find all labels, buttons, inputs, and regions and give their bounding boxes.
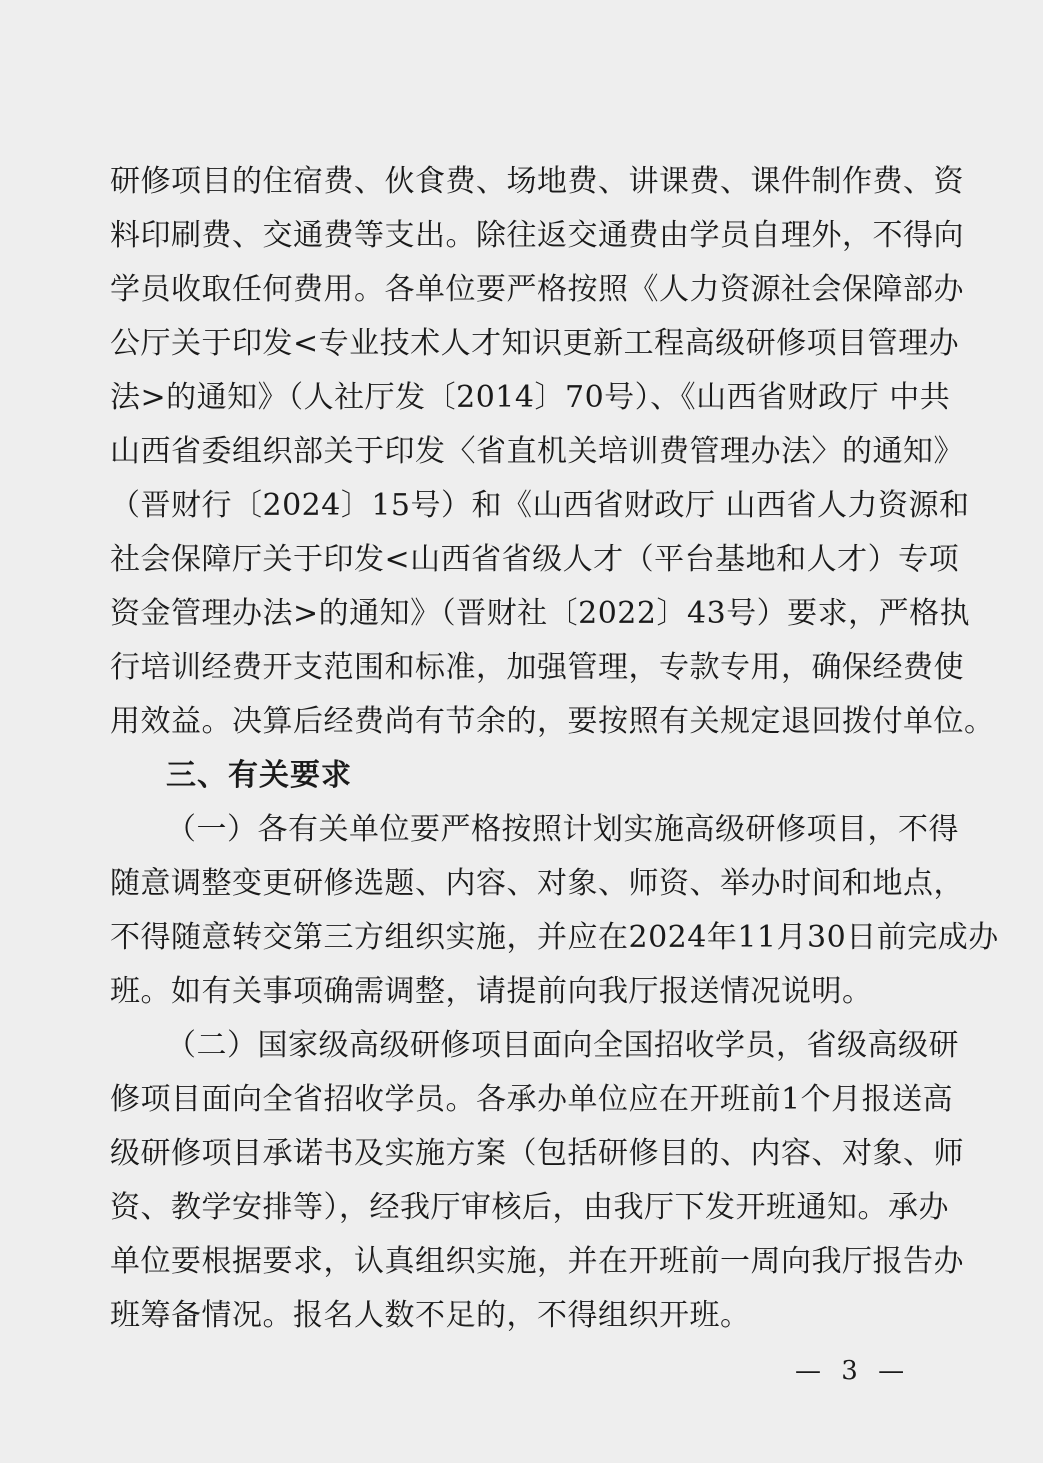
paragraph-line: （晋财行〔2024〕15号）和《山西省财政厅 山西省人力资源和: [110, 486, 918, 526]
paragraph-line: 班筹备情况。报名人数不足的，不得组织开班。: [110, 1296, 918, 1336]
paragraph-line: 山西省委组织部关于印发〈省直机关培训费管理办法〉的通知》: [110, 432, 918, 472]
paragraph-line: 用效益。决算后经费尚有节余的，要按照有关规定退回拨付单位。: [110, 702, 918, 742]
paragraph-line: 不得随意转交第三方组织实施，并应在2024年11月30日前完成办: [110, 918, 918, 958]
paragraph-line: 资、教学安排等），经我厅审核后，由我厅下发开班通知。承办: [110, 1188, 918, 1228]
paragraph-line: 社会保障厅关于印发<山西省省级人才（平台基地和人才）专项: [110, 540, 918, 580]
paragraph-line: 级研修项目承诺书及实施方案（包括研修目的、内容、对象、师: [110, 1134, 918, 1174]
paragraph-line: 行培训经费开支范围和标准，加强管理，专款专用，确保经费使: [110, 648, 918, 688]
page-number: — 3 —: [795, 1356, 910, 1386]
document-page: 研修项目的住宿费、伙食费、场地费、讲课费、课件制作费、资 料印刷费、交通费等支出…: [0, 0, 1043, 1463]
paragraph-line: 学员收取任何费用。各单位要严格按照《人力资源社会保障部办: [110, 270, 918, 310]
paragraph-line: 班。如有关事项确需调整，请提前向我厅报送情况说明。: [110, 972, 918, 1012]
paragraph-line: 修项目面向全省招收学员。各承办单位应在开班前1个月报送高: [110, 1080, 918, 1120]
paragraph-line: 料印刷费、交通费等支出。除往返交通费由学员自理外，不得向: [110, 216, 918, 256]
paragraph-line: 资金管理办法>的通知》（晋财社〔2022〕43号）要求，严格执: [110, 594, 918, 634]
section-heading: 三、有关要求: [166, 756, 352, 796]
paragraph-line: 随意调整变更研修选题、内容、对象、师资、举办时间和地点，: [110, 864, 918, 904]
paragraph-line: 单位要根据要求，认真组织实施，并在开班前一周向我厅报告办: [110, 1242, 918, 1282]
paragraph-line: 研修项目的住宿费、伙食费、场地费、讲课费、课件制作费、资: [110, 162, 918, 202]
paragraph-line: （二）国家级高级研修项目面向全国招收学员，省级高级研: [166, 1026, 918, 1066]
paragraph-line: 法>的通知》（人社厅发〔2014〕70号）、《山西省财政厅 中共: [110, 378, 918, 418]
paragraph-line: （一）各有关单位要严格按照计划实施高级研修项目，不得: [166, 810, 918, 850]
paragraph-line: 公厅关于印发<专业技术人才知识更新工程高级研修项目管理办: [110, 324, 918, 364]
